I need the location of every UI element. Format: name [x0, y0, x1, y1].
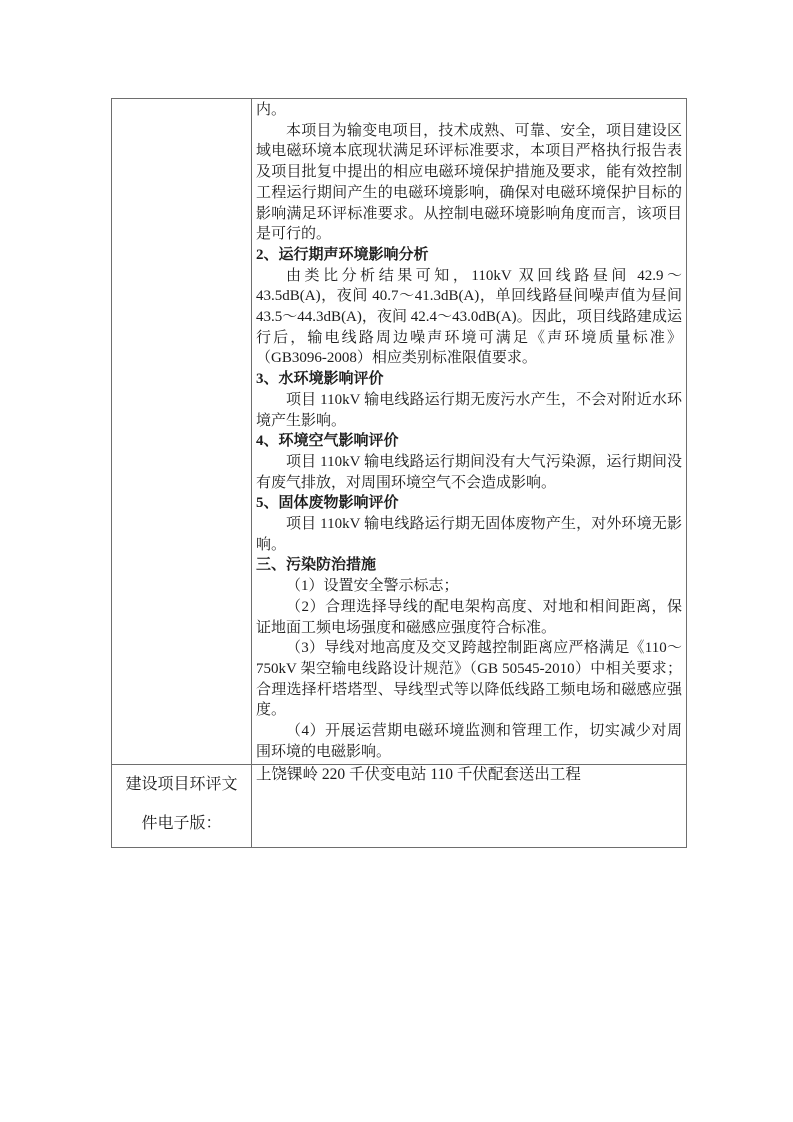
paragraph-body: （3）导线对地高度及交叉跨越控制距离应严格满足《110～750kV 架空输电线路… — [256, 638, 682, 721]
efile-label: 建设项目环评文件电子版： — [112, 765, 252, 848]
content-cell: 内。本项目为输变电项目，技术成熟、可靠、安全，项目建设区域电磁环境本底现状满足环… — [252, 99, 687, 765]
paragraph-body: 本项目为输变电项目，技术成熟、可靠、安全，项目建设区域电磁环境本底现状满足环评标… — [256, 121, 682, 245]
paragraph-continuation: 内。 — [256, 100, 682, 121]
paragraph-heading: 3、水环境影响评价 — [256, 369, 682, 390]
table-row: 建设项目环评文件电子版： 上饶锞岭 220 千伏变电站 110 千伏配套送出工程 — [112, 765, 687, 848]
paragraph-body: 项目 110kV 输电线路运行期无固体废物产生，对外环境无影响。 — [256, 514, 682, 555]
paragraph-body: （1）设置安全警示标志； — [256, 576, 682, 597]
eia-table: 内。本项目为输变电项目，技术成熟、可靠、安全，项目建设区域电磁环境本底现状满足环… — [111, 98, 687, 848]
paragraph-body: 项目 110kV 输电线路运行期无废污水产生，不会对附近水环境产生影响。 — [256, 390, 682, 431]
paragraph-body: （2）合理选择导线的配电架构高度、对地和相间距离，保证地面工频电场强度和磁感应强… — [256, 597, 682, 638]
document-page: 内。本项目为输变电项目，技术成熟、可靠、安全，项目建设区域电磁环境本底现状满足环… — [0, 0, 793, 1122]
table-row: 内。本项目为输变电项目，技术成熟、可靠、安全，项目建设区域电磁环境本底现状满足环… — [112, 99, 687, 765]
paragraph-heading: 2、运行期声环境影响分析 — [256, 245, 682, 266]
paragraph-body: 由类比分析结果可知，110kV 双回线路昼间 42.9～43.5dB(A)，夜间… — [256, 266, 682, 370]
empty-label-cell — [112, 99, 252, 765]
efile-project-name: 上饶锞岭 220 千伏变电站 110 千伏配套送出工程 — [252, 765, 687, 848]
paragraph-heading: 4、环境空气影响评价 — [256, 431, 682, 452]
paragraph-heading: 三、污染防治措施 — [256, 555, 682, 576]
paragraph-heading: 5、固体废物影响评价 — [256, 493, 682, 514]
paragraph-body: （4）开展运营期电磁环境监测和管理工作，切实减少对周围环境的电磁影响。 — [256, 721, 682, 762]
paragraph-container: 内。本项目为输变电项目，技术成熟、可靠、安全，项目建设区域电磁环境本底现状满足环… — [256, 100, 682, 763]
paragraph-body: 项目 110kV 输电线路运行期间没有大气污染源，运行期间没有废气排放，对周围环… — [256, 452, 682, 493]
